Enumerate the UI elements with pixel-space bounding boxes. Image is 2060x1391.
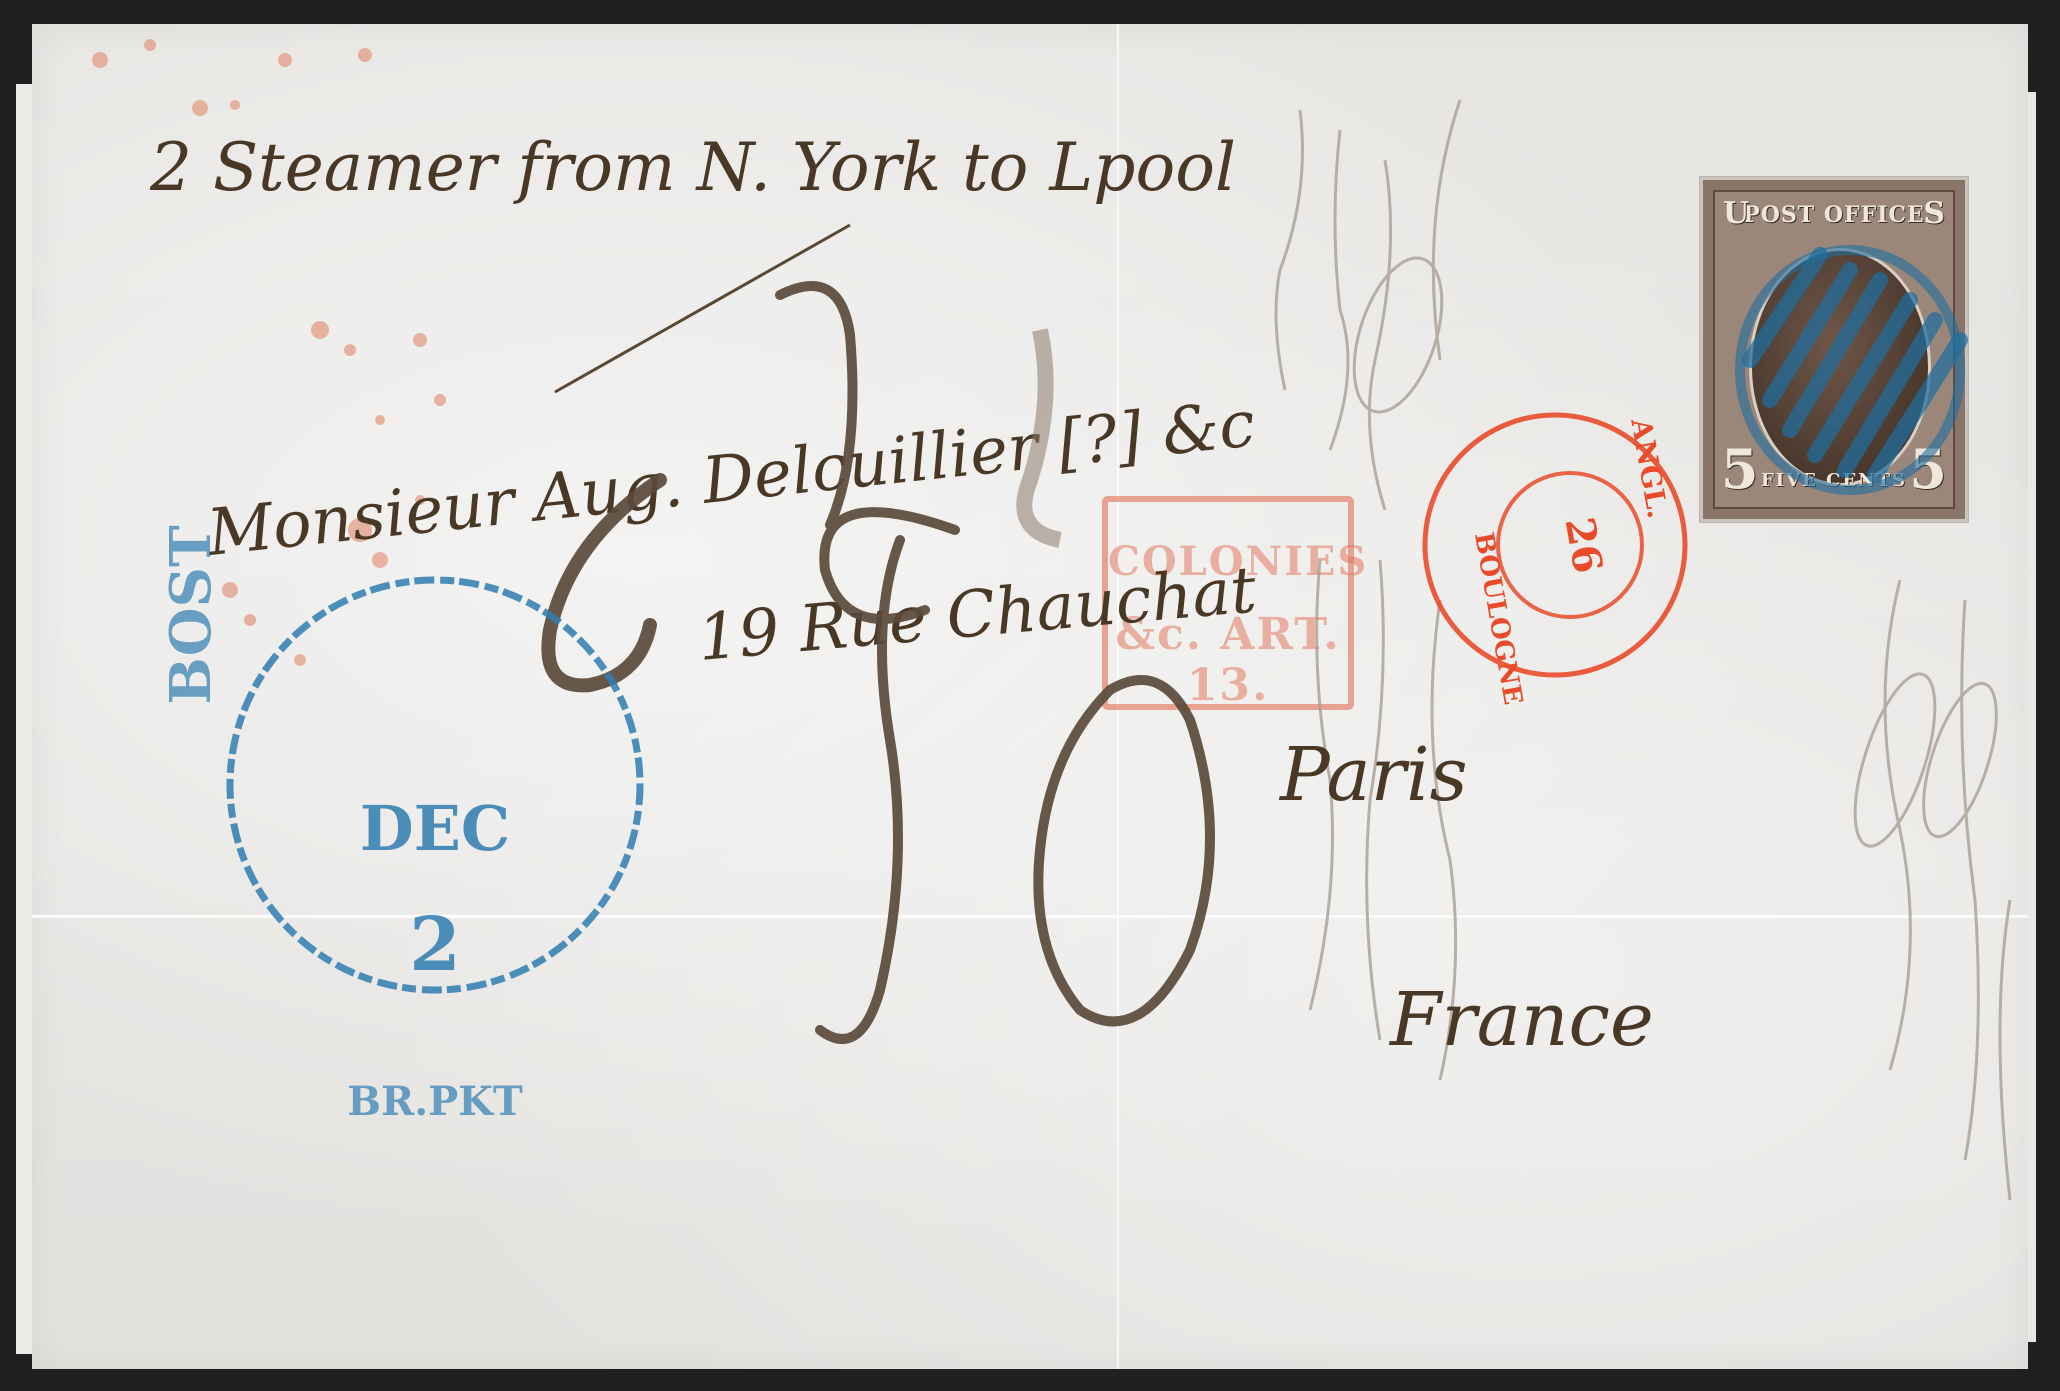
horizontal-fold xyxy=(32,914,2028,918)
stamp-frame: POST OFFICE U S 5 5 FIVE CENTS xyxy=(1713,190,1955,509)
stamp-value-text: FIVE CENTS xyxy=(1715,470,1953,491)
stamp-corner-u: U xyxy=(1723,196,1749,231)
boxed-mark-line2: &c. ART. 13. xyxy=(1108,609,1348,711)
franklin-5c-stamp: POST OFFICE U S 5 5 FIVE CENTS xyxy=(1700,177,1968,522)
stamp-numeral-left: 5 xyxy=(1721,437,1759,501)
stamp-corner-s: S xyxy=(1923,196,1945,231)
stamp-numeral-right: 5 xyxy=(1909,437,1947,501)
franklin-portrait xyxy=(1749,248,1931,486)
boxed-mark-line1: COLONIES xyxy=(1108,538,1348,585)
stamp-top-text: POST OFFICE xyxy=(1715,202,1953,228)
boxed-colonies-marking: COLONIES &c. ART. 13. xyxy=(1102,496,1354,710)
